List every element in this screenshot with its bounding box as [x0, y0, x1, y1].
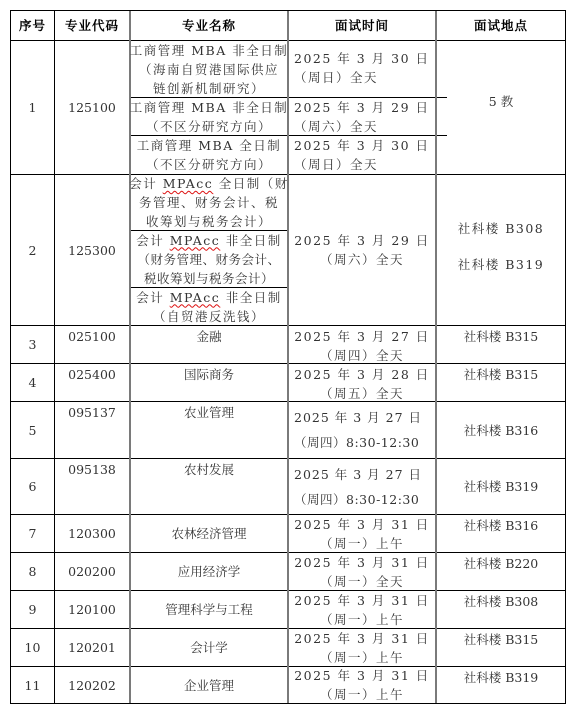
row5-seq: 5 [11, 402, 54, 458]
row2-sub2-name: 会计 MPAcc 非全日制 （财务管理、财务会计、 税收筹划与税务会计） [131, 231, 287, 287]
row11-place: 社科楼 B319 [437, 667, 565, 703]
header-name: 专业名称 [131, 11, 287, 40]
row8-code: 020200 [55, 553, 129, 590]
row1-place: 5 教 [437, 41, 565, 161]
header-time: 面试时间 [289, 11, 435, 40]
row3-name: 金融 [131, 326, 287, 363]
row10-time: 2025 年 3 月 31 日 （周一）上午 [289, 629, 435, 666]
row10-place: 社科楼 B315 [437, 629, 565, 666]
row7-code: 120300 [55, 515, 129, 552]
row8-name: 应用经济学 [131, 553, 287, 590]
row4-time: 2025 年 3 月 28 日 （周五）全天 [289, 364, 435, 401]
row1-sub3-time: 2025 年 3 月 30 日 （周日）全天 [289, 136, 435, 174]
row8-time: 2025 年 3 月 31 日 （周一）全天 [289, 553, 435, 590]
row1-sub3-name: 工商管理 MBA 全日制 （不区分研究方向） [131, 136, 287, 174]
row3-time: 2025 年 3 月 27 日 （周四）全天 [289, 326, 435, 363]
header-seq: 序号 [11, 11, 54, 40]
row7-seq: 7 [11, 515, 54, 552]
row6-name: 农村发展 [131, 459, 287, 514]
row4-code: 025400 [55, 364, 129, 401]
row1-sub2-time: 2025 年 3 月 29 日 （周六）全天 [289, 98, 435, 135]
header-place: 面试地点 [437, 11, 565, 40]
row2-seq: 2 [11, 175, 54, 325]
row11-name: 企业管理 [131, 667, 287, 703]
row2-place: 社科楼 B308 社科楼 B319 [437, 175, 565, 325]
spellcheck-mark: MPAcc [163, 176, 214, 191]
row10-code: 120201 [55, 629, 129, 666]
row5-name: 农业管理 [131, 402, 287, 458]
row9-place: 社科楼 B308 [437, 591, 565, 628]
row8-seq: 8 [11, 553, 54, 590]
row8-place: 社科楼 B220 [437, 553, 565, 590]
row3-place: 社科楼 B315 [437, 326, 565, 363]
row7-name: 农林经济管理 [131, 515, 287, 552]
row5-time: 2025 年 3 月 27 日 （周四）8:30-12:30 [289, 402, 435, 458]
row9-name: 管理科学与工程 [131, 591, 287, 628]
row11-time: 2025 年 3 月 31 日 （周一）上午 [289, 667, 435, 703]
row3-code: 025100 [55, 326, 129, 363]
spellcheck-mark: MPAcc [170, 233, 221, 248]
row2-time: 2025 年 3 月 29 日 （周六）全天 [289, 175, 435, 325]
row9-time: 2025 年 3 月 31 日 （周一）上午 [289, 591, 435, 628]
row1-sub1-time: 2025 年 3 月 30 日 （周日）全天 [289, 41, 435, 97]
row5-place: 社科楼 B316 [437, 402, 565, 458]
row6-code: 095138 [55, 459, 129, 514]
row9-code: 120100 [55, 591, 129, 628]
row6-place: 社科楼 B319 [437, 459, 565, 514]
row10-name: 会计学 [131, 629, 287, 666]
row4-seq: 4 [11, 364, 54, 401]
row1-seq: 1 [11, 41, 54, 174]
row1-sub1-name: 工商管理 MBA 非全日制 （海南自贸港国际供应 链创新机制研究） [131, 41, 287, 97]
row11-seq: 11 [11, 667, 54, 703]
row5-code: 095137 [55, 402, 129, 458]
row7-place: 社科楼 B316 [437, 515, 565, 552]
row4-name: 国际商务 [131, 364, 287, 401]
row2-code: 125300 [55, 175, 129, 325]
header-code: 专业代码 [55, 11, 129, 40]
spellcheck-mark: MPAcc [170, 290, 221, 305]
row4-place: 社科楼 B315 [437, 364, 565, 401]
row2-sub1-name: 会计 MPAcc 全日制（财 务管理、财务会计、税 收筹划与税务会计） [131, 175, 287, 230]
row11-code: 120202 [55, 667, 129, 703]
row1-sub2-name: 工商管理 MBA 非全日制 （不区分研究方向） [131, 98, 287, 135]
row2-sub3-name: 会计 MPAcc 非全日制 （自贸港反洗钱） [131, 288, 287, 325]
row7-time: 2025 年 3 月 31 日 （周一）上午 [289, 515, 435, 552]
row6-time: 2025 年 3 月 27 日 （周四）8:30-12:30 [289, 459, 435, 514]
interview-schedule-table: 序号 专业代码 专业名称 面试时间 面试地点 1 125100 工商管理 MBA… [10, 10, 566, 704]
row6-seq: 6 [11, 459, 54, 514]
row3-seq: 3 [11, 326, 54, 363]
row1-code: 125100 [55, 41, 129, 174]
row10-seq: 10 [11, 629, 54, 666]
row9-seq: 9 [11, 591, 54, 628]
